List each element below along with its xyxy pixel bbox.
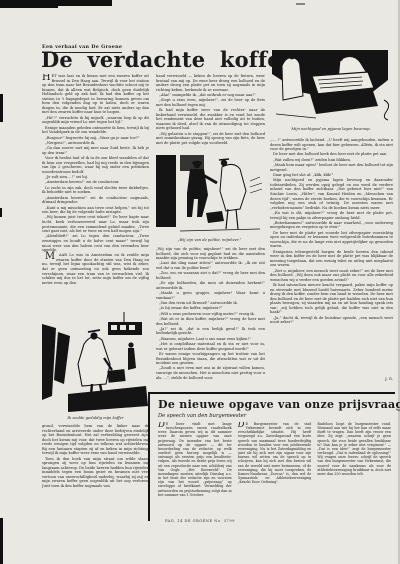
paragraph: „Wat zullen wij doen?” zeiden hun blikke… [270, 158, 393, 163]
paragraph: DE Burgemeester van de stad Virkzwimst b… [238, 422, 312, 484]
paragraph: De heer met de platte pet vouwde het zil… [270, 231, 393, 249]
paragraph: Daar ging het slot al: „klik, klik!” [270, 173, 393, 178]
illustration-caption-night: Ik zeulde geduldig mijn koffer [42, 416, 149, 420]
newspaper-page: Een verhaal van De Groene De verdachte k… [0, 0, 400, 564]
paragraph: DE lezer vindt met lange tusschenpoozen … [158, 422, 232, 497]
paragraph: „Amsterdam heeren!” zei de conducteur no… [42, 196, 149, 205]
illustration-police-stop [154, 151, 265, 236]
paragraph: „Maakt u geen grapjes, mijnheer! Waar ko… [156, 291, 265, 300]
page-title: De verdachte koffer [41, 47, 292, 72]
drop-cap: H [42, 74, 52, 82]
paragraph: Toen ik den hoek van mijn straat om wild… [42, 457, 149, 489]
illustration-open-suitcase [268, 48, 394, 125]
paragraph: „Zoo, zoo en waaraan ziet u dat?” vroeg … [156, 271, 265, 280]
prize-column-2: DE Burgemeester van de stad Virkzwimst b… [238, 422, 312, 514]
paragraph: „Laat dat ding maar zitten!” antwoordde … [156, 261, 265, 270]
paragraph: „Bonjour!” begroette hij mij, „Waar ga j… [42, 136, 149, 141]
prize-column-3: Radeloos loopt de burgemeester rond. Nie… [317, 422, 391, 514]
paragraph: Radeloos loopt de burgemeester rond. Nie… [317, 422, 391, 476]
paragraph: hand verwisseld — keken de heeren op de … [156, 74, 265, 92]
paragraph: „Wij komen juist twee cent tekort!” De h… [42, 215, 149, 233]
scan-artifact [0, 94, 3, 122]
paragraph: „Boterhammen!” antwoordde ik naar waarhe… [270, 221, 393, 230]
paragraph: „Wij gelasten u te stoppen!”, zei de hee… [156, 132, 265, 146]
article-column-2-bottom: „Wij zijn van de politie, mijnheer!” zei… [156, 247, 265, 389]
paragraph: „Kunt u mij misschien aan twee cent help… [42, 206, 149, 215]
paragraph: „Er zijn bolhoeden, die men uit duizende… [156, 281, 265, 290]
paragraph: Eenige maanden geleden ontmoette ik hem,… [42, 126, 149, 135]
scan-artifact [0, 208, 2, 217]
paragraph: „Maak hem maar open!” besloot de heer me… [270, 163, 393, 172]
paragraph: „Alstublieft!” zei Lo tegen den conducte… [42, 234, 149, 252]
prize-column-1: DE lezer vindt met lange tusschenpoozen … [158, 422, 232, 514]
author-initials: J. G. [353, 376, 393, 381]
paragraph: „Wilt u eens probeeren voor vijftig mete… [156, 312, 265, 317]
paragraph: grond, verwisselde hem van de linker naa… [42, 424, 149, 456]
paragraph: „Wat zit er in dien koffer, mijnheer?” v… [156, 317, 265, 326]
paragraph: „Ziet u, mijnheer, een mensch weet nooit… [270, 269, 393, 283]
illustration-caption-police: „Wij zijn van de politie, mijnheer.” [154, 238, 265, 242]
paragraph: Er waren eenige voorbijgangers op het tr… [156, 352, 265, 366]
paragraph: Ik had intusschen nieuwe kracht vergaard… [270, 283, 393, 315]
paragraph: Lo zocht in zijn zak, doch vond slechts … [42, 186, 149, 195]
paragraph: „Ga dan zoover met mij mee naar Zuid bes… [42, 146, 149, 155]
prize-columns: DE lezer vindt met lange tusschenpoozen … [158, 422, 391, 514]
paragraph: Voor ik beslist had of ik in de zon blee… [42, 156, 149, 174]
illustration-caption-suitcase: Mijn nachtgoed en pyjama lagen bovenop. [268, 127, 394, 131]
paragraph: „Nergens!”, antwoordde ik. [42, 141, 149, 146]
paragraph: „Stopt u eens even, mijnheer!”, zei de h… [156, 98, 265, 107]
prize-title: De nieuwe opgave van onze prijsvraag [158, 398, 391, 411]
page-footer: PAG. 14 DE GROENE No. 3799 [0, 519, 400, 523]
paragraph: Mijn nachtgoed en pyjama lagen bovenop e… [270, 178, 393, 210]
paragraph: „Is hij zwaar die koffer, mijnheer?” [156, 306, 265, 311]
article-column-1-bottom: grond, verwisselde hem van de linker naa… [42, 424, 149, 520]
article-column-3: „.....!” antwoordde ik lachend. „U heeft… [270, 138, 393, 380]
scan-artifact [0, 518, 3, 564]
article-column-2-top: hand verwisseld — keken de heeren op de … [156, 74, 265, 150]
paragraph: „.....!” antwoordde ik lachend. „U heeft… [270, 138, 393, 152]
paragraph: „Ja,” dacht ik, terwijl ik de huisdeur o… [270, 316, 393, 325]
paragraph: HET was laat en ik kwam met een zwaren k… [42, 74, 149, 115]
paragraph: „Amsterdam heeren!” zei de conducteur. [42, 180, 149, 185]
scan-artifact [296, 3, 305, 5]
paragraph: „En wat is dit, mijnheer?” vroeg de heer… [270, 211, 393, 220]
paragraph: „Van den trein uit Brussel!” antwoordde … [156, 301, 265, 306]
article-column-1-top: HET was laat en ik kwam met een zwaren k… [42, 74, 149, 308]
drop-cap: D [238, 422, 246, 429]
paragraph: Ik had mijn koffer weer van de rechter- … [156, 108, 265, 131]
illustration-night-street [42, 310, 149, 414]
paragraph: Eenigszins teleurgesteld borgen de beide… [270, 250, 393, 268]
paragraph: „Aha!” mompelde ik, „dat ontbrak er nog … [156, 93, 265, 98]
drop-cap: M [42, 253, 56, 261]
paragraph: „Ja!” zei ik, „dat is een leelijk geval!… [156, 327, 265, 336]
paragraph: „Zoudt u niet even met ons in de zijstra… [156, 366, 265, 380]
paragraph: „Waarom, mijnheer. Laat u ons maar eens … [156, 337, 265, 342]
paragraph: „Je zult zien....!” zei hij. [42, 175, 149, 180]
paragraph: „Het is ontplofbaar materiaal en ik sta … [156, 342, 265, 351]
paragraph: De heer met den bolhoed keek den heer me… [270, 152, 393, 157]
paragraph: „Wij zijn van de politie, mijnheer!” zei… [156, 247, 265, 261]
paragraph: „Hè!?” verzuchtte ik bij mijzelf, „waaro… [42, 116, 149, 125]
drop-cap: D [158, 422, 166, 429]
prize-section: De nieuwe opgave van onze prijsvraag De … [148, 392, 395, 521]
scan-artifact [0, 5, 58, 8]
paragraph: MAAR Lo was in Amsterdam en ik zeulde mi… [42, 253, 149, 285]
prize-subtitle: De speech van den burgemeester [158, 413, 391, 419]
